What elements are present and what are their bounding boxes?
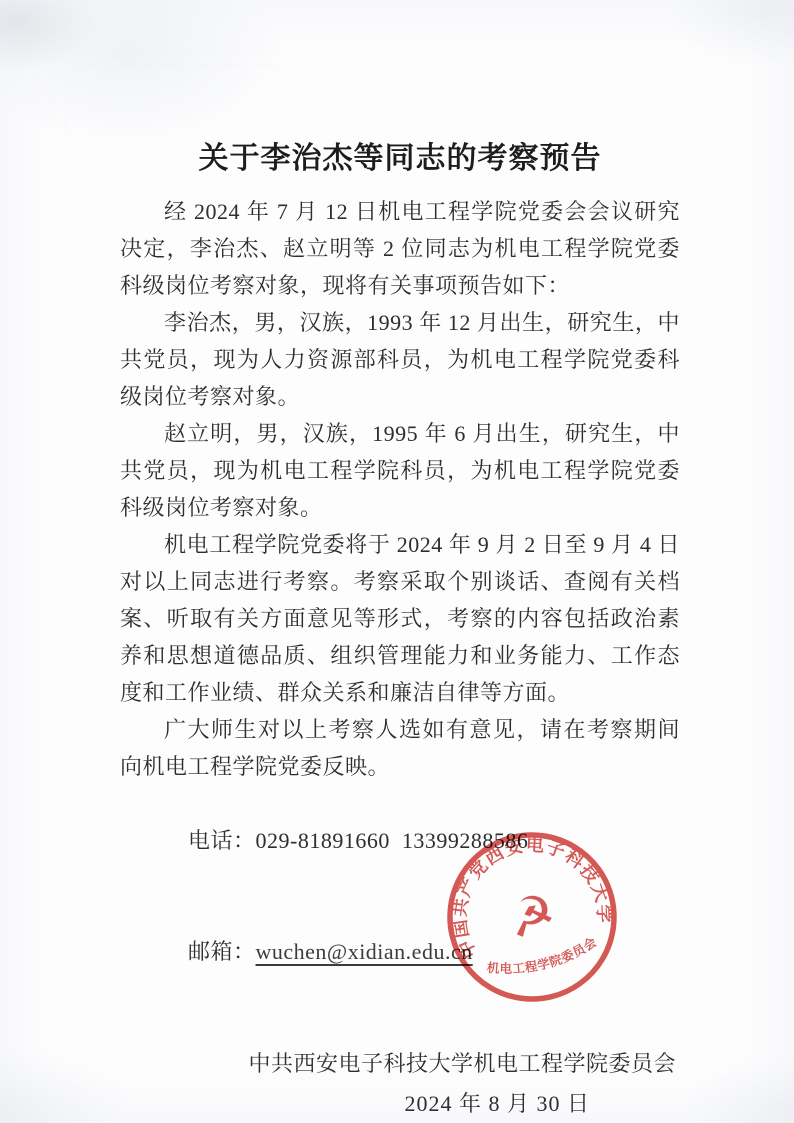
email-label: 邮箱： xyxy=(188,939,256,964)
paragraph-inspection-plan: 机电工程学院党委将于 2024 年 9 月 2 日至 9 月 4 日对以上同志进… xyxy=(120,526,680,711)
signature-date: 2024 年 8 月 30 日 xyxy=(120,1084,680,1123)
phone-numbers: 029-81891660 13399288586 xyxy=(256,828,529,853)
phone-line: 电话：029-81891660 13399288586 xyxy=(120,785,680,896)
notice-title: 关于李治杰等同志的考察预告 xyxy=(120,140,680,178)
paragraph-candidate-li-zhijie: 李治杰，男，汉族，1993 年 12 月出生，研究生，中共党员，现为人力资源部科… xyxy=(120,304,680,415)
signature-block: 中共西安电子科技大学机电工程学院委员会 2024 年 8 月 30 日 xyxy=(120,1044,680,1123)
paragraph-candidate-zhao-liming: 赵立明，男，汉族，1995 年 6 月出生，研究生，中共党员，现为机电工程学院科… xyxy=(120,415,680,526)
phone-label: 电话： xyxy=(188,828,256,853)
paragraph-decision: 经 2024 年 7 月 12 日机电工程学院党委会会议研究决定，李治杰、赵立明… xyxy=(120,193,680,304)
signature-organization: 中共西安电子科技大学机电工程学院委员会 xyxy=(120,1044,680,1084)
email-line: 邮箱：wuchen@xidian.edu.cn xyxy=(120,896,680,1007)
paragraph-feedback-invitation: 广大师生对以上考察人选如有意见，请在考察期间向机电工程学院党委反映。 xyxy=(120,711,680,785)
document-body: 关于李治杰等同志的考察预告 经 2024 年 7 月 12 日机电工程学院党委会… xyxy=(120,140,680,1123)
email-address: wuchen@xidian.edu.cn xyxy=(256,939,473,964)
scanned-notice-page: { "document": { "title": "关于李治杰等同志的考察预告"… xyxy=(0,0,794,1123)
